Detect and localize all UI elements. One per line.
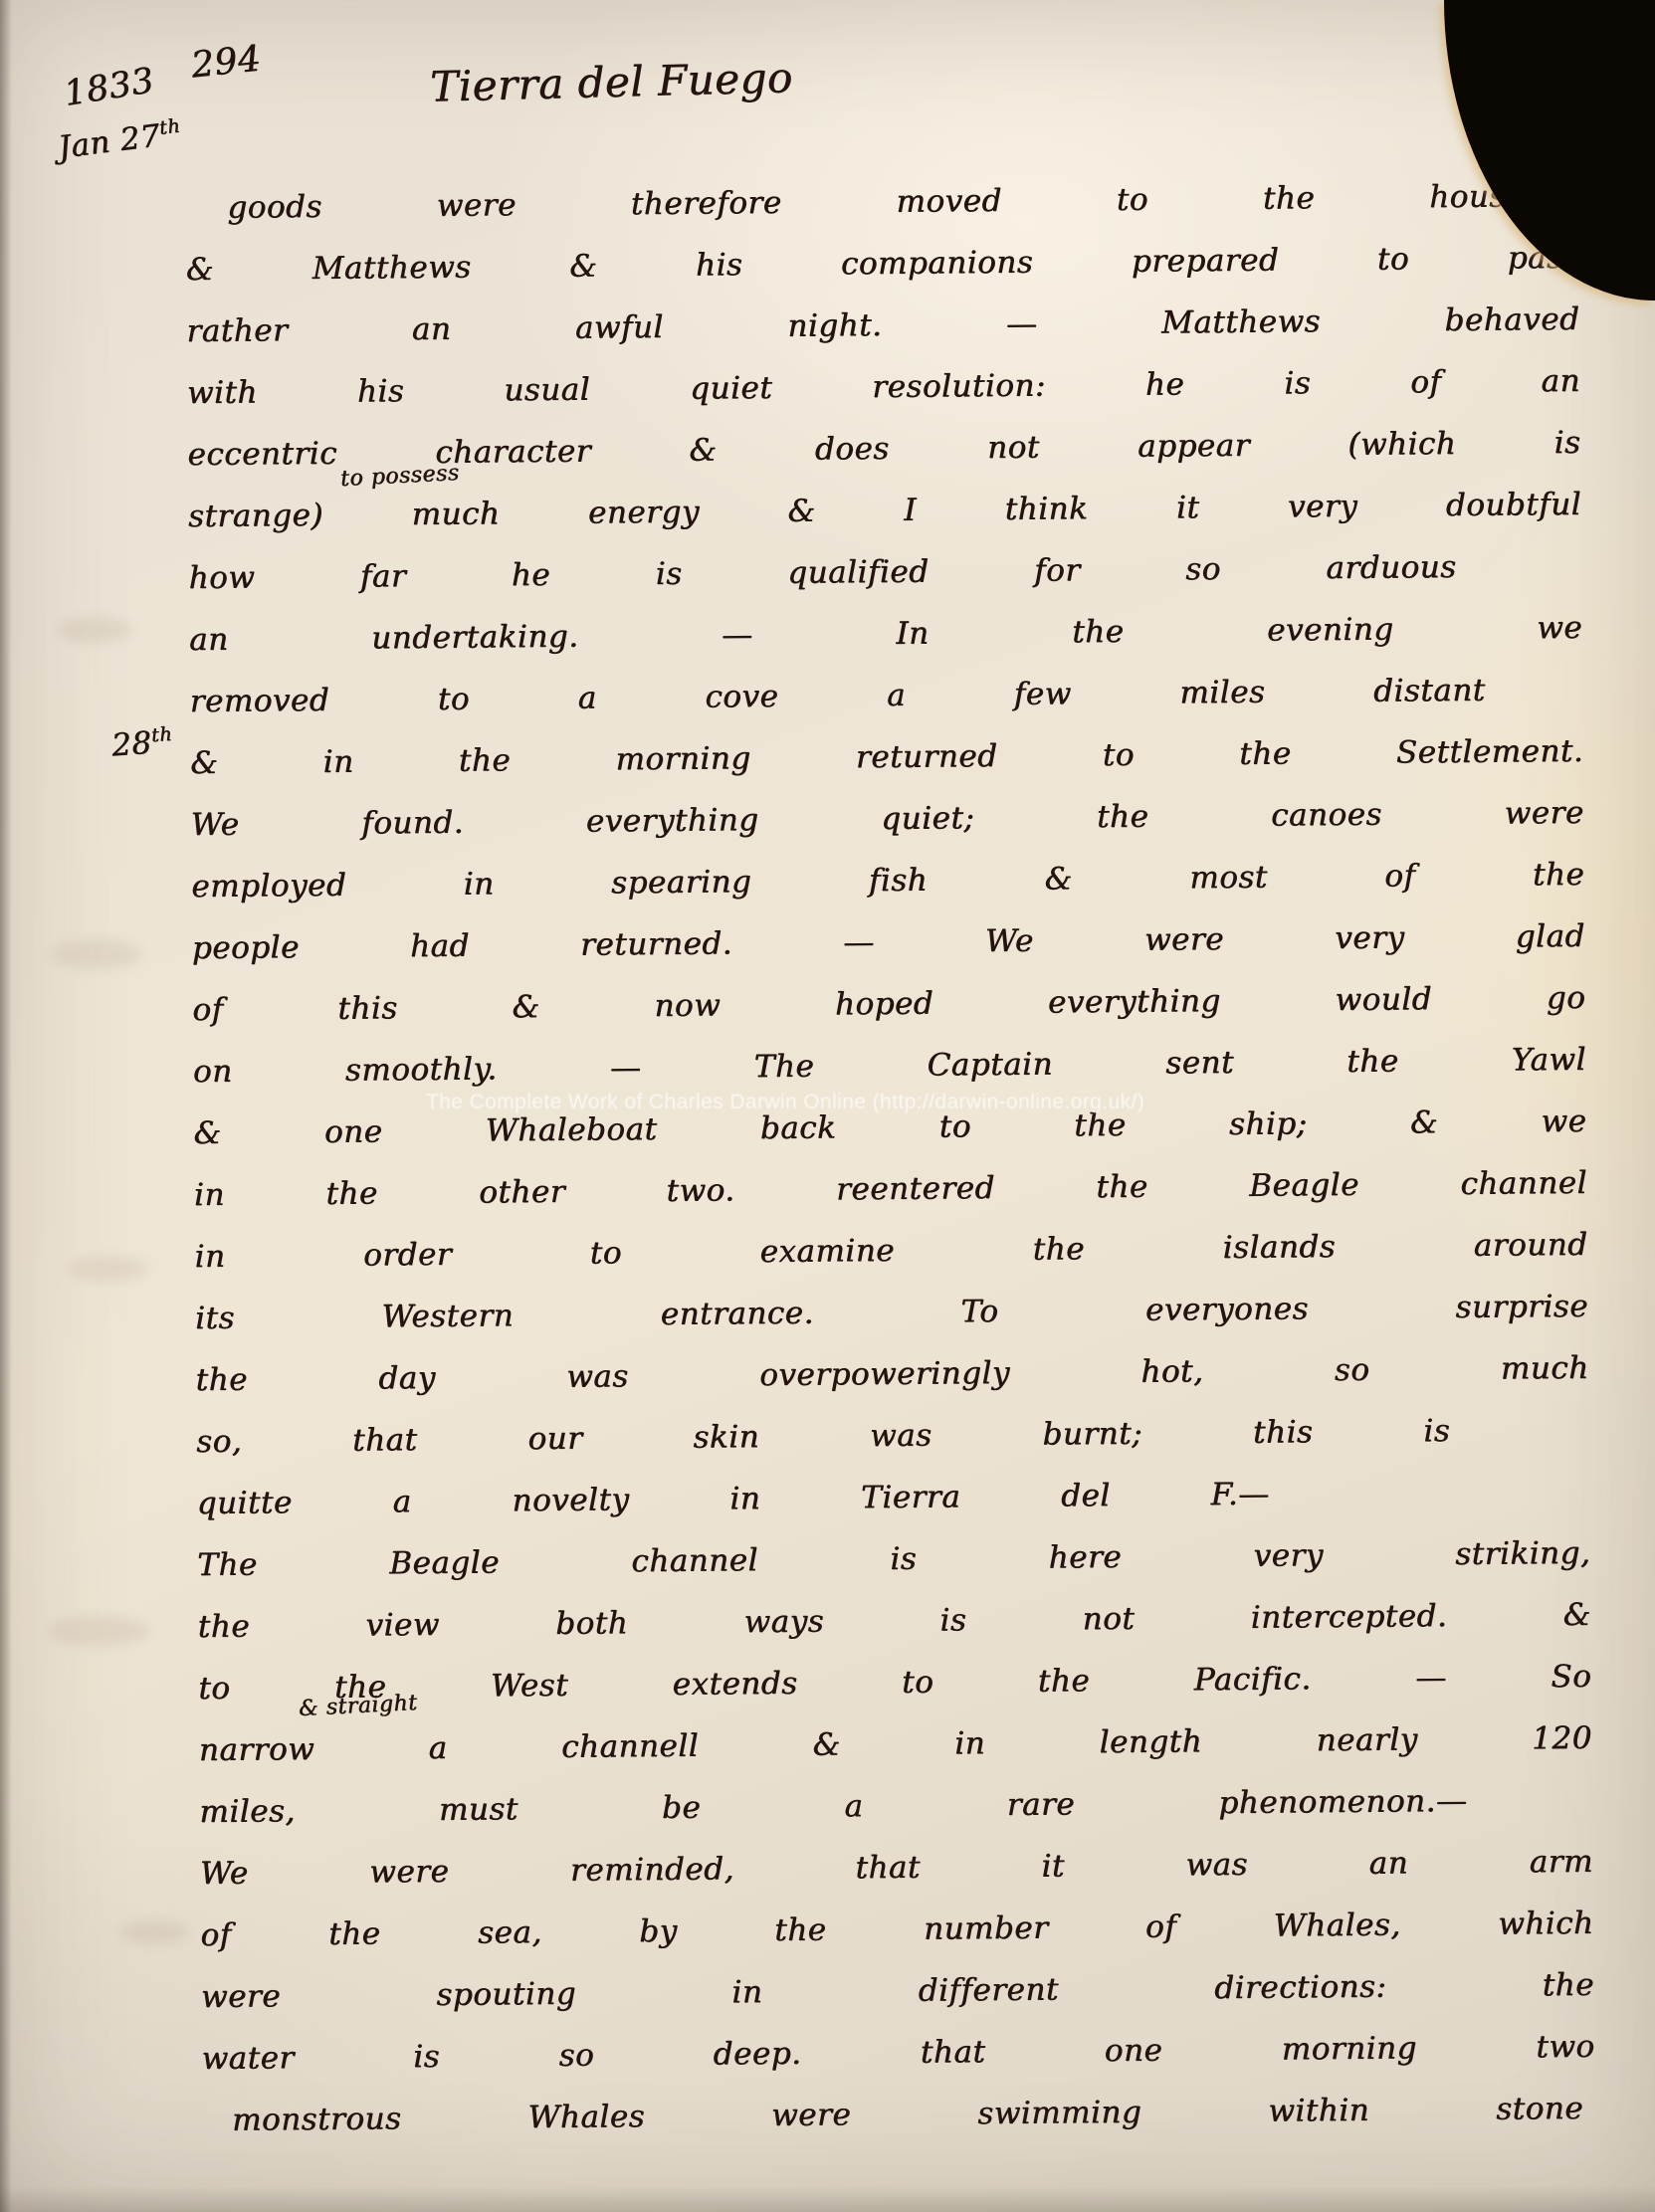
page-bottom-edge-shadow	[0, 2186, 1655, 2212]
margin-year: 1833	[61, 61, 156, 114]
margin-date-jan-27-suffix: th	[158, 114, 182, 139]
manuscript-line: so, that our skin was burnt; this is	[196, 1402, 1450, 1475]
ink-bleed-through-mark	[68, 1256, 149, 1282]
margin-date-28: 28th	[110, 722, 174, 764]
margin-date-28-label: 28	[110, 725, 153, 764]
margin-date-28-suffix: th	[150, 722, 173, 746]
manuscript-line: miles, must be a rare phenomenon.—	[199, 1772, 1467, 1845]
ink-bleed-through-mark	[52, 939, 143, 969]
margin-date-jan-27-label: Jan 27	[56, 117, 162, 165]
watermark-text: The Complete Work of Charles Darwin Onli…	[426, 1091, 1144, 1114]
page-title: Tierra del Fuego	[429, 53, 793, 111]
manuscript-line: quitte a novelty in Tierra del F.—	[196, 1466, 1270, 1536]
page-left-edge-shadow	[0, 0, 12, 2212]
manuscript-line: how far he is qualified for so arduous	[188, 538, 1456, 611]
diary-page: 1833 294 Tierra del Fuego 294 Jan 27th 2…	[0, 0, 1655, 2212]
ink-bleed-through-mark	[119, 1920, 189, 1944]
manuscript-line: goods were therefore moved to the houses…	[227, 167, 1551, 241]
page-number-top: 294	[189, 38, 263, 86]
manuscript-line: removed to a cove a few miles distant	[189, 662, 1485, 734]
ink-bleed-through-mark	[48, 1616, 151, 1646]
manuscript-line: monstrous Whales were swimming within st…	[232, 2080, 1583, 2153]
margin-date-jan-27: Jan 27th	[56, 114, 183, 166]
ink-bleed-through-mark	[58, 617, 131, 643]
